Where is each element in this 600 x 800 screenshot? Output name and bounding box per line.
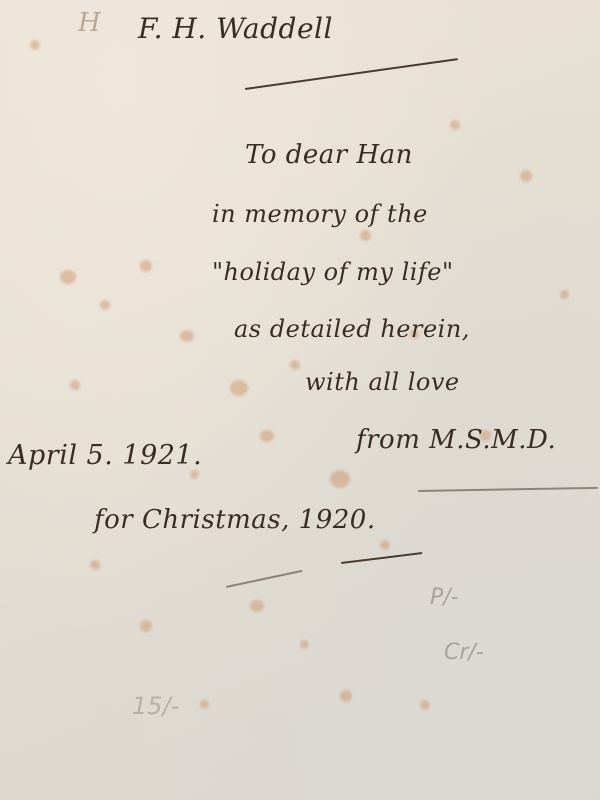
pencil-price-bottom: Cr/- bbox=[444, 640, 484, 665]
signature-rule bbox=[418, 487, 598, 492]
occasion-line: for Christmas, 1920. bbox=[94, 505, 376, 535]
pencil-note-lower-left: 15/- bbox=[132, 692, 179, 720]
inscription-signature: from M.S.M.D. bbox=[356, 425, 556, 455]
inscription-line-3: "holiday of my life" bbox=[212, 258, 454, 286]
occasion-rule-right bbox=[341, 552, 423, 564]
inscription-line-1: To dear Han bbox=[245, 140, 413, 170]
inscription-line-5: with all love bbox=[305, 368, 460, 396]
inscription-line-2: in memory of the bbox=[212, 200, 428, 228]
owner-initial-faint: H bbox=[78, 8, 101, 38]
book-flyleaf-page: H F. H. Waddell To dear Han in memory of… bbox=[0, 0, 600, 800]
occasion-rule-left bbox=[226, 570, 303, 588]
date-line: April 5. 1921. bbox=[8, 440, 202, 471]
pencil-price-top: P/- bbox=[430, 585, 459, 610]
inscription-line-4: as detailed herein, bbox=[234, 315, 470, 343]
owner-name: F. H. Waddell bbox=[138, 12, 333, 45]
owner-name-underline bbox=[245, 58, 458, 90]
